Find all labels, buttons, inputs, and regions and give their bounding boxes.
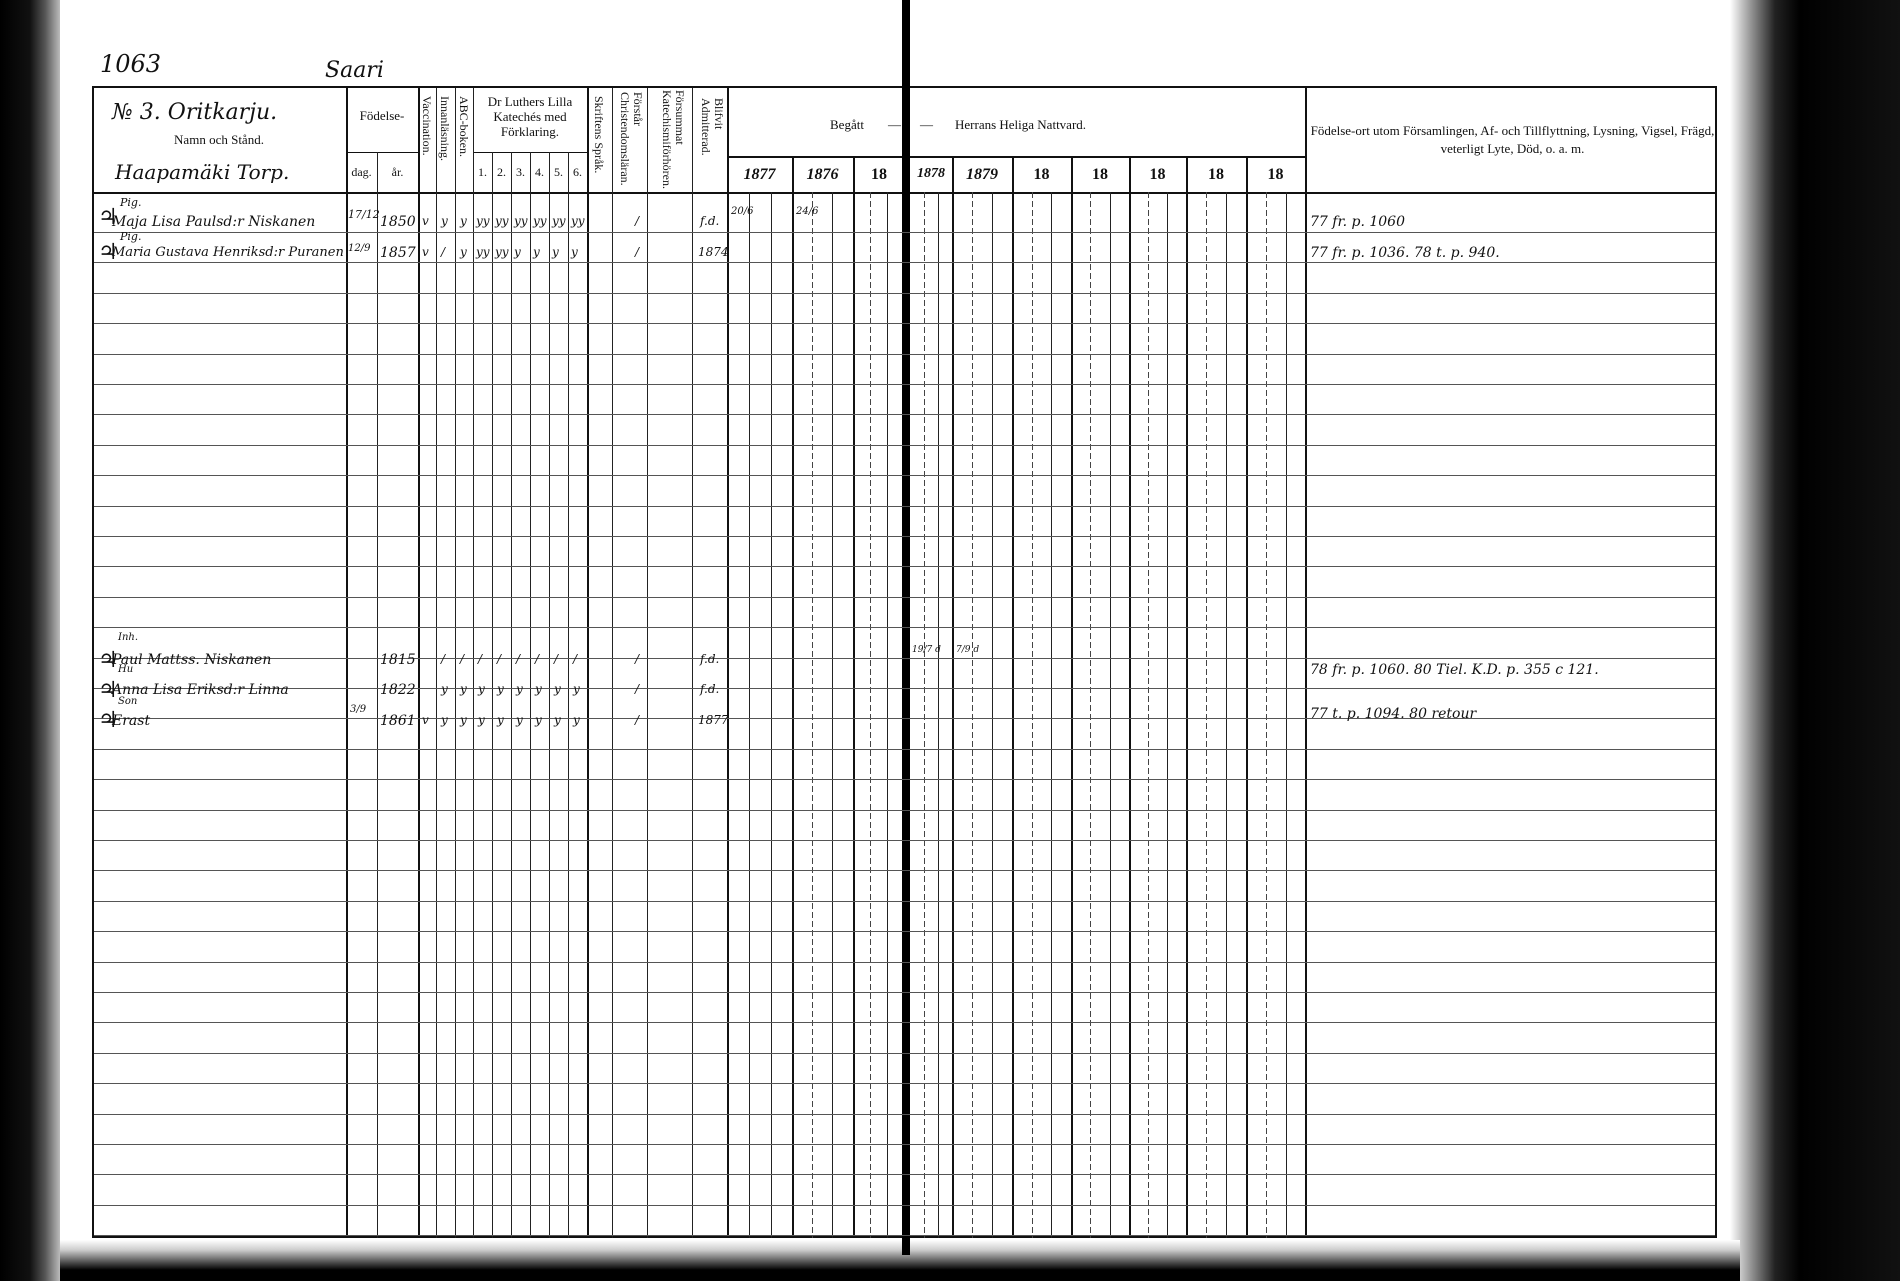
year-col-left-3: 18 bbox=[853, 166, 905, 184]
entry-vaccination: v bbox=[422, 245, 429, 259]
entry-name: Maria Gustava Henriksd:r Puranen bbox=[112, 245, 344, 260]
entry-birth-year: 1822 bbox=[380, 682, 416, 698]
entry-cat-5: y bbox=[554, 682, 561, 696]
entry-birth-year: 1861 bbox=[380, 713, 416, 729]
entry-forstar: / bbox=[635, 682, 639, 696]
entry-cat-1: / bbox=[478, 652, 482, 666]
cat-part-2: 2. bbox=[492, 165, 511, 180]
col-rule bbox=[436, 88, 437, 1238]
entry-name: Anna Lisa Eriksd:r Linna bbox=[112, 682, 289, 698]
entry-innanlasning: / bbox=[441, 652, 445, 666]
entry-blifvit: 1874 bbox=[698, 245, 729, 259]
row-rule bbox=[94, 627, 1715, 628]
col-subrule bbox=[1286, 192, 1287, 1238]
row-rule bbox=[94, 506, 1715, 507]
entry-cat-6: yy bbox=[571, 214, 585, 228]
col-subrule bbox=[924, 192, 925, 1238]
row-rule bbox=[94, 1174, 1715, 1175]
col-rule bbox=[692, 88, 693, 1238]
row-rule bbox=[94, 293, 1715, 294]
row-rule bbox=[94, 749, 1715, 750]
row-rule bbox=[94, 262, 1715, 263]
entry-blifvit: 1877 bbox=[698, 713, 729, 727]
header-name-stand: Namn och Stånd. bbox=[92, 132, 346, 148]
entry-cat-2: y bbox=[497, 713, 504, 727]
col-rule bbox=[511, 152, 512, 1238]
col-rule bbox=[1305, 88, 1307, 1238]
col-subrule bbox=[1051, 192, 1052, 1238]
entry-innanlasning: y bbox=[441, 214, 448, 228]
entry-birth-year: 1857 bbox=[380, 245, 416, 261]
cat-part-4: 4. bbox=[530, 165, 549, 180]
entry-cat-5: / bbox=[554, 652, 558, 666]
farm-name: Haapamäki Torp. bbox=[115, 160, 289, 184]
entry-innanlasning: y bbox=[441, 682, 448, 696]
row-rule bbox=[94, 1235, 1715, 1236]
entry-cat-3: / bbox=[516, 652, 520, 666]
entry-cat-4: yy bbox=[533, 214, 547, 228]
entry-cat-2: / bbox=[497, 652, 501, 666]
col-subrule bbox=[1110, 192, 1111, 1238]
birth-subrule bbox=[346, 152, 418, 153]
entry-cat-2: yy bbox=[495, 214, 509, 228]
header-herrans-nattvard: Herrans Heliga Nattvard. bbox=[955, 117, 1086, 133]
header-abc: ABC-boken. bbox=[457, 96, 470, 157]
col-subrule bbox=[749, 192, 750, 1238]
entry-birth-day: 17/12 bbox=[348, 208, 380, 221]
col-rule bbox=[1012, 156, 1014, 1238]
header-begatt: Begått bbox=[830, 117, 864, 133]
col-subrule bbox=[938, 192, 939, 1238]
year-col-right-6: 18 bbox=[1186, 166, 1246, 184]
entry-birth-day: 3/9 bbox=[350, 704, 366, 715]
entry-title: Pig. bbox=[120, 196, 141, 209]
entry-cat-6: y bbox=[573, 713, 580, 727]
row-rule bbox=[94, 445, 1715, 446]
entry-cat-3: y bbox=[514, 245, 521, 259]
row-rule bbox=[94, 414, 1715, 415]
row-rule bbox=[94, 1083, 1715, 1084]
col-subrule bbox=[1148, 192, 1149, 1238]
scan-bottom-edge bbox=[60, 1240, 1740, 1281]
row-rule bbox=[94, 658, 1715, 659]
entry-remarks: 78 fr. p. 1060. 80 Tiel. K.D. p. 355 c 1… bbox=[1310, 662, 1599, 678]
entry-remarks: 77 t. p. 1094. 80 retour bbox=[1310, 706, 1476, 722]
col-subrule bbox=[1032, 192, 1033, 1238]
col-subrule bbox=[1090, 192, 1091, 1238]
row-rule bbox=[94, 870, 1715, 871]
year-col-1878: 1878 bbox=[910, 166, 952, 182]
row-rule bbox=[94, 688, 1715, 689]
year-col-1879: 1879 bbox=[952, 166, 1012, 184]
col-subrule bbox=[887, 192, 888, 1238]
row-rule bbox=[94, 597, 1715, 598]
entry-vaccination: v bbox=[422, 214, 429, 228]
col-subrule bbox=[1167, 192, 1168, 1238]
col-rule bbox=[346, 88, 348, 1238]
row-rule bbox=[94, 384, 1715, 385]
col-subrule bbox=[992, 192, 993, 1238]
entry-cat-4: y bbox=[533, 245, 540, 259]
header-catechism: Dr Luthers Lilla Katechés med Förklaring… bbox=[473, 94, 587, 139]
row-rule bbox=[94, 992, 1715, 993]
col-rule bbox=[647, 88, 648, 1238]
header-remarks: Födelse-ort utom Församlingen, Af- och T… bbox=[1310, 122, 1715, 158]
row-rule bbox=[94, 901, 1715, 902]
header-dash-left: — bbox=[888, 117, 901, 133]
header-birth-year: år. bbox=[377, 165, 418, 180]
entry-birth-day: 12/9 bbox=[348, 243, 370, 254]
entry-cat-4: y bbox=[535, 713, 542, 727]
entry-forstar: / bbox=[635, 652, 639, 666]
entry-abc: y bbox=[460, 682, 467, 696]
col-rule bbox=[612, 88, 613, 1238]
entry-cat-3: y bbox=[516, 682, 523, 696]
entry-cat-1: yy bbox=[476, 214, 490, 228]
entry-cat-5: y bbox=[554, 713, 561, 727]
col-rule bbox=[455, 88, 456, 1238]
row-rule bbox=[94, 323, 1715, 324]
entry-birth-year: 1815 bbox=[380, 652, 416, 668]
entry-remarks: 77 fr. p. 1060 bbox=[1310, 214, 1405, 230]
col-subrule bbox=[870, 192, 871, 1238]
entry-forstar: / bbox=[635, 713, 639, 727]
entry-name: Paul Mattss. Niskanen bbox=[112, 652, 271, 668]
entry-cat-1: y bbox=[478, 682, 485, 696]
col-subrule bbox=[1266, 192, 1267, 1238]
entry-vaccination: v bbox=[422, 713, 429, 727]
header-blifvit: Blifvit Admitterad. bbox=[697, 98, 725, 178]
year-col-right-5: 18 bbox=[1129, 166, 1186, 184]
year-row-top-rule bbox=[727, 156, 1305, 158]
entry-cat-3: yy bbox=[514, 214, 528, 228]
entry-blifvit: f.d. bbox=[700, 652, 719, 666]
col-rule bbox=[530, 152, 531, 1238]
entry-forstar: / bbox=[635, 214, 639, 228]
entry-cat-6: y bbox=[573, 682, 580, 696]
row-rule bbox=[94, 475, 1715, 476]
row-rule bbox=[94, 1053, 1715, 1054]
header-forstar: Förstår Christendomsläran. bbox=[614, 92, 644, 188]
year-col-1877: 1877 bbox=[727, 166, 792, 184]
entry-name: Maja Lisa Paulsd:r Niskanen bbox=[112, 214, 315, 230]
page-number: 1063 bbox=[100, 50, 161, 78]
entry-cat-2: yy bbox=[495, 245, 509, 259]
entry-communion-1876: 24/6 bbox=[796, 206, 818, 217]
col-rule bbox=[853, 156, 855, 1238]
cat-part-6: 6. bbox=[568, 165, 587, 180]
entry-cat-6: y bbox=[571, 245, 578, 259]
row-rule bbox=[94, 232, 1715, 233]
row-rule bbox=[94, 1022, 1715, 1023]
household-number: № 3. Oritkarju. bbox=[112, 100, 277, 125]
col-rule bbox=[1186, 156, 1188, 1238]
entry-title: Son bbox=[118, 696, 137, 707]
entry-title: Inh. bbox=[118, 632, 138, 643]
header-skriftens-sprak: Skriftens Språk. bbox=[592, 96, 605, 173]
entry-cat-4: y bbox=[535, 682, 542, 696]
col-rule bbox=[492, 152, 493, 1238]
entry-title: Pig. bbox=[120, 230, 141, 243]
entry-abc: y bbox=[460, 713, 467, 727]
year-col-1876: 1876 bbox=[792, 166, 853, 184]
col-subrule bbox=[1206, 192, 1207, 1238]
entry-abc: y bbox=[460, 214, 467, 228]
entry-communion-1877: 20/6 bbox=[731, 206, 753, 217]
row-rule bbox=[94, 962, 1715, 963]
entry-remarks: 77 fr. p. 1036. 78 t. p. 940. bbox=[1310, 245, 1500, 261]
col-rule bbox=[792, 156, 794, 1238]
entry-innanlasning: / bbox=[441, 245, 445, 259]
col-rule bbox=[1129, 156, 1131, 1238]
col-subrule bbox=[972, 192, 973, 1238]
entry-blifvit: f.d. bbox=[700, 682, 719, 696]
entry-communion-1878: 19/7 d bbox=[912, 645, 941, 655]
entry-abc: y bbox=[460, 245, 467, 259]
row-rule bbox=[94, 536, 1715, 537]
col-rule bbox=[568, 152, 569, 1238]
col-subrule bbox=[832, 192, 833, 1238]
header-forsummat: Försummat Katechismiförhören. bbox=[652, 90, 686, 190]
year-col-right-7: 18 bbox=[1246, 166, 1305, 184]
entry-cat-1: y bbox=[478, 713, 485, 727]
col-rule bbox=[587, 88, 589, 1238]
col-rule bbox=[727, 88, 729, 1238]
row-rule bbox=[94, 931, 1715, 932]
header-innanlasning: Innanläsning. bbox=[438, 96, 451, 161]
entry-cat-4: / bbox=[535, 652, 539, 666]
cat-part-3: 3. bbox=[511, 165, 530, 180]
village-name: Saari bbox=[325, 58, 384, 83]
entry-cat-1: yy bbox=[476, 245, 490, 259]
entry-blifvit: f.d. bbox=[700, 214, 719, 228]
col-rule bbox=[549, 152, 550, 1238]
col-rule bbox=[473, 88, 474, 1238]
entry-cat-5: y bbox=[552, 245, 559, 259]
entry-abc: / bbox=[460, 652, 464, 666]
row-rule bbox=[94, 1205, 1715, 1206]
entry-title: Hu bbox=[118, 664, 133, 675]
entry-name: Erast bbox=[112, 713, 150, 729]
year-col-right-4: 18 bbox=[1071, 166, 1129, 184]
col-rule bbox=[1246, 156, 1248, 1238]
row-rule bbox=[94, 810, 1715, 811]
entry-cat-2: y bbox=[497, 682, 504, 696]
col-rule bbox=[377, 152, 378, 1238]
row-rule bbox=[94, 354, 1715, 355]
row-rule bbox=[94, 1114, 1715, 1115]
col-rule bbox=[1071, 156, 1073, 1238]
entry-forstar: / bbox=[635, 245, 639, 259]
header-vaccination: Vaccination. bbox=[420, 96, 433, 156]
row-rule bbox=[94, 1144, 1715, 1145]
col-subrule bbox=[812, 192, 813, 1238]
header-birth: Födelse- bbox=[346, 108, 418, 124]
header-dash-right: — bbox=[920, 117, 933, 133]
entry-innanlasning: y bbox=[441, 713, 448, 727]
col-rule bbox=[418, 88, 420, 1238]
col-subrule bbox=[771, 192, 772, 1238]
entry-communion-1879: 7/9 d bbox=[956, 645, 979, 655]
col-subrule bbox=[1226, 192, 1227, 1238]
row-rule bbox=[94, 779, 1715, 780]
row-rule bbox=[94, 840, 1715, 841]
cat-part-5: 5. bbox=[549, 165, 568, 180]
entry-cat-6: / bbox=[573, 652, 577, 666]
scan-right-edge bbox=[1730, 0, 1900, 1281]
col-rule bbox=[952, 156, 954, 1238]
year-col-right-3: 18 bbox=[1012, 166, 1071, 184]
entry-cat-3: y bbox=[516, 713, 523, 727]
cat-part-1: 1. bbox=[473, 165, 492, 180]
entry-birth-year: 1850 bbox=[380, 214, 416, 230]
row-rule bbox=[94, 566, 1715, 567]
entry-cat-5: yy bbox=[552, 214, 566, 228]
header-birth-day: dag. bbox=[346, 165, 377, 180]
